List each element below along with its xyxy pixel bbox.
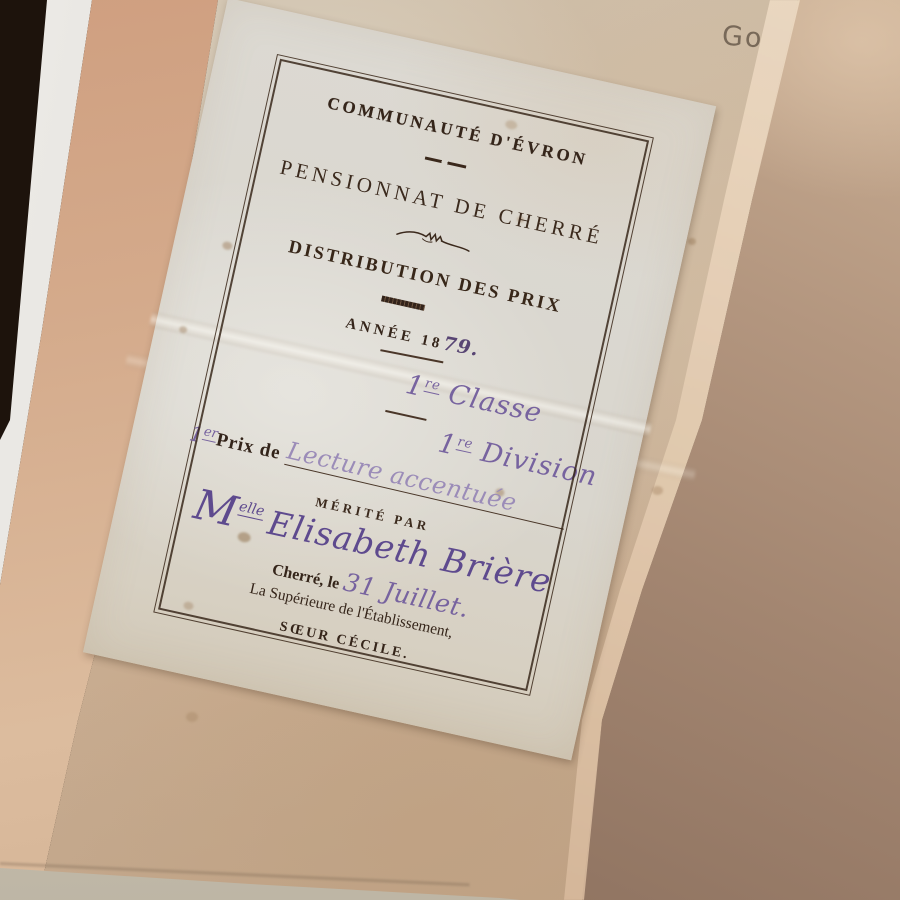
flourish-ornament <box>250 190 617 288</box>
date-line: Cherré, le 31 Juillet. <box>172 530 639 660</box>
pencil-inscription: Go <box>721 21 765 55</box>
prize-rank-handwritten: 1er <box>187 421 219 450</box>
recipient-honorific: M <box>190 484 241 532</box>
label-title: DISTRIBUTION DES PRIX <box>241 227 609 328</box>
prize-subject-handwritten: Lecture accentuée <box>284 436 519 517</box>
year-printed: ANNÉE 18 <box>344 315 444 352</box>
prize-rank-number: 1 <box>187 421 205 447</box>
age-spot <box>222 241 233 251</box>
recipient-line: M elle Elisabeth Brière <box>181 482 563 604</box>
date-handwritten: 31 Juillet. <box>341 567 472 623</box>
label-content: COMMUNAUTÉ D'ÉVRON PENSIONNAT DE CHERRÉ … <box>162 62 646 687</box>
institution-name: PENSIONNAT DE CHERRÉ <box>257 150 626 255</box>
date-printed: Cherré, le <box>270 561 340 592</box>
prize-rank-ordinal: er <box>202 424 219 443</box>
class-number: 1 <box>403 369 427 403</box>
year-line: ANNÉE 1879. <box>228 285 596 387</box>
fill-line <box>380 349 443 363</box>
signature-role: La Supérieure de l'Établissement, <box>168 562 535 660</box>
dash-rule <box>425 156 467 168</box>
community-name: COMMUNAUTÉ D'ÉVRON <box>274 82 642 182</box>
class-ordinal: re <box>423 376 442 395</box>
recipient-honorific-sup: elle <box>237 499 266 521</box>
printed-double-border: COMMUNAUTÉ D'ÉVRON PENSIONNAT DE CHERRÉ … <box>153 54 654 696</box>
division-word: Division <box>478 437 600 493</box>
class-line: 1re Classe <box>217 328 659 455</box>
class-word: Classe <box>446 379 546 430</box>
fill-line <box>385 410 426 421</box>
merit-label: MÉRITÉ PAR <box>189 466 556 562</box>
division-ordinal: re <box>456 434 475 453</box>
photo-of-book-label: Go COMMUNAUTÉ D'ÉVRON PENSIONNAT DE CHER… <box>0 0 900 900</box>
recipient-name: Elisabeth Brière <box>264 503 555 601</box>
age-spot <box>688 238 696 245</box>
year-handwritten: 79. <box>441 333 480 361</box>
prize-line: 1er Prix de Lecture accentuée <box>187 416 570 528</box>
thick-rule <box>381 295 425 310</box>
age-spot <box>186 712 198 722</box>
prize-printed-text: Prix de <box>214 429 283 465</box>
signature-name: SŒUR CÉCILE. <box>161 593 528 689</box>
division-number: 1 <box>435 428 459 462</box>
